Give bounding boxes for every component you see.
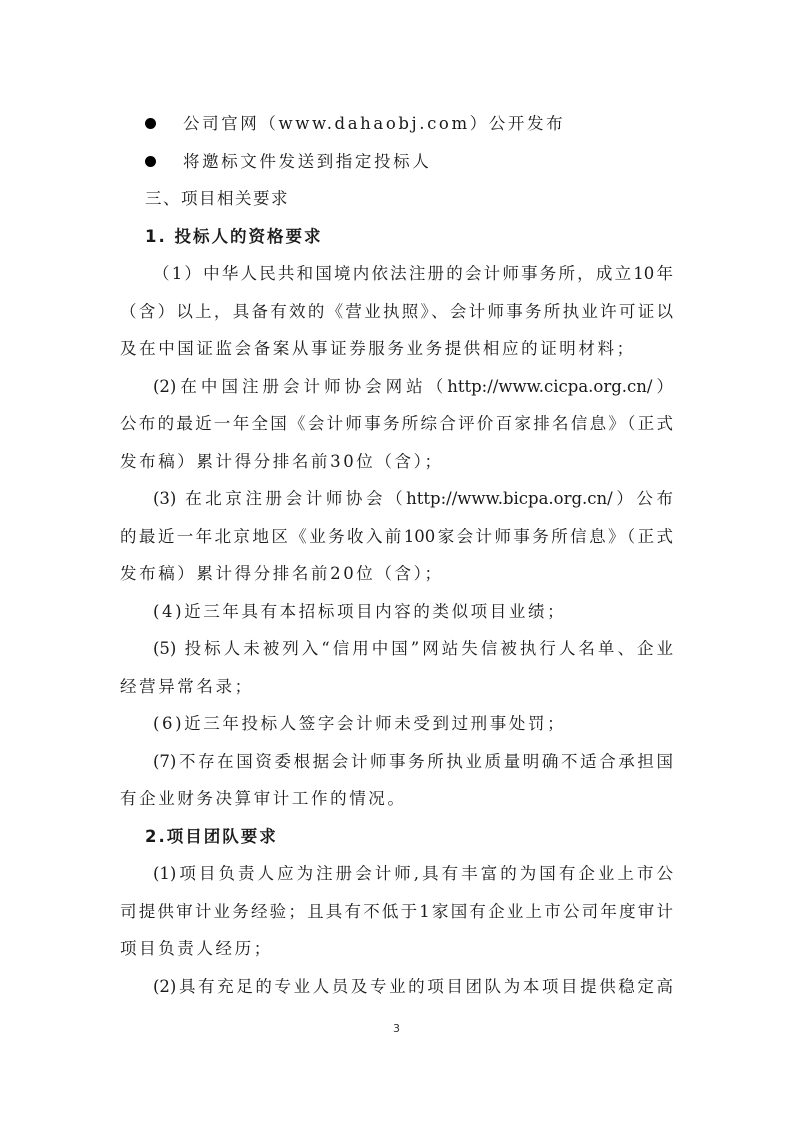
bullet-icon: [145, 156, 156, 167]
team-requirement-1-line-1: (1)项目负责人应为注册会计师,具有丰富的为国有企业上市公: [120, 855, 673, 893]
subsection-heading-qualifications: 1. 投标人的资格要求: [120, 218, 673, 256]
team-requirement-1-line-3: 项目负责人经历；: [120, 930, 673, 968]
document-page: 公司官网（www.dahaobj.com）公开发布 将邀标文件发送到指定投标人 …: [0, 0, 793, 1123]
qualification-5-line-2: 经营异常名录；: [120, 668, 673, 706]
section-heading: 三、项目相关要求: [120, 180, 673, 218]
qualification-7-line-2: 有企业财务决算审计工作的情况。: [120, 780, 673, 818]
qualification-3-line-3: 发布稿）累计得分排名前20位（含）；: [120, 555, 673, 593]
qualification-6-line-1: (6)近三年投标人签字会计师未受到过刑事处罚；: [120, 705, 673, 743]
qualification-3-line-2: 的最近一年北京地区《业务收入前100家会计师事务所信息》（正式: [120, 518, 673, 556]
qualification-1-line-2: （含）以上，具备有效的《营业执照》、会计师事务所执业许可证以: [120, 293, 673, 331]
qualification-1-line-3: 及在中国证监会备案从事证券服务业务提供相应的证明材料；: [120, 330, 673, 368]
qualification-7-line-1: (7)不存在国资委根据会计师事务所执业质量明确不适合承担国: [120, 743, 673, 781]
qualification-1-line-1: （1）中华人民共和国境内依法注册的会计师事务所，成立10年: [120, 255, 673, 293]
bullet-icon: [145, 118, 156, 129]
team-requirement-1-line-2: 司提供审计业务经验；且具有不低于1家国有企业上市公司年度审计: [120, 893, 673, 931]
qualification-2-line-2: 公布的最近一年全国《会计师事务所综合评价百家排名信息》（正式: [120, 405, 673, 443]
page-number: 3: [0, 1022, 793, 1035]
qualification-2-line-3: 发布稿）累计得分排名前30位（含）；: [120, 443, 673, 481]
qualification-3-line-1: (3) 在北京注册会计师协会（http://www.bicpa.org.cn/）…: [120, 480, 673, 518]
qualification-4-line-1: (4)近三年具有本招标项目内容的类似项目业绩；: [120, 593, 673, 631]
bullet-item-send-invitation: 将邀标文件发送到指定投标人: [120, 143, 673, 181]
bullet-item-website: 公司官网（www.dahaobj.com）公开发布: [120, 105, 673, 143]
team-requirement-2-line-1: (2)具有充足的专业人员及专业的项目团队为本项目提供稳定高: [120, 968, 673, 1006]
subsection-heading-team: 2.项目团队要求: [120, 818, 673, 856]
qualification-5-line-1: (5) 投标人未被列入“信用中国”网站失信被执行人名单、企业: [120, 630, 673, 668]
page-content: 公司官网（www.dahaobj.com）公开发布 将邀标文件发送到指定投标人 …: [120, 105, 673, 1005]
qualification-2-line-1: (2)在中国注册会计师协会网站（http://www.cicpa.org.cn/…: [120, 368, 673, 406]
